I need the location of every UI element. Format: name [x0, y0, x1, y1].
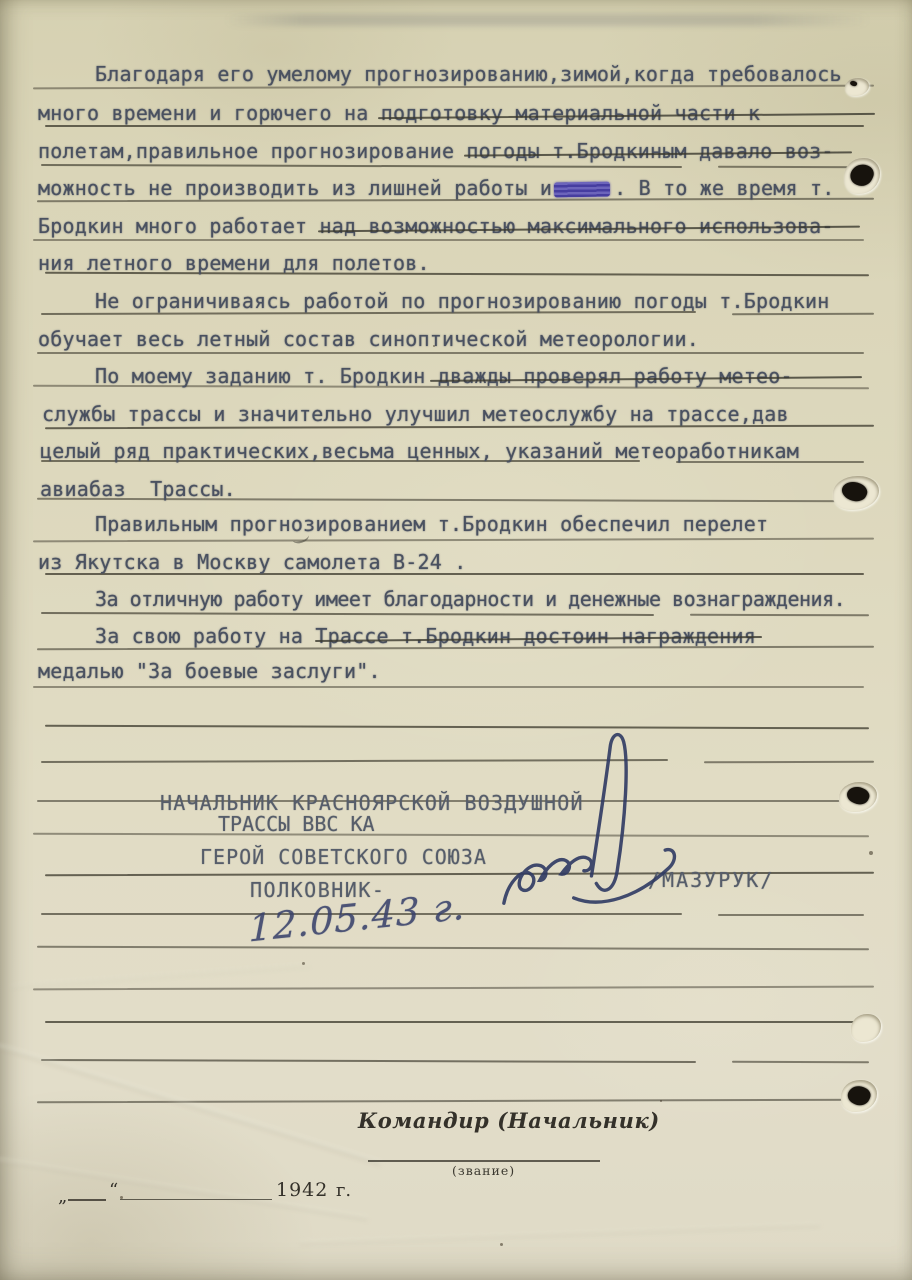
- typed-line: много времени и горючего на подготовку м…: [38, 101, 760, 125]
- ruled-line: [45, 724, 869, 729]
- paper-hole-tear: [845, 78, 869, 96]
- commander-label: Командир (Начальник): [358, 1108, 660, 1133]
- ruled-line: [33, 686, 864, 688]
- paper-speck: [660, 1100, 662, 1102]
- signature-position-line2: ТРАССЫ ВВС КА: [218, 812, 375, 836]
- typed-line: авиабаз Трассы.: [40, 477, 236, 501]
- typed-line: можность не производить из лишней работы…: [38, 176, 834, 200]
- ruled-line: [41, 164, 682, 168]
- ruled-line: [45, 125, 864, 127]
- paper-speck: [500, 1243, 503, 1246]
- ruled-line: [33, 239, 864, 241]
- printed-year-suffix: г.: [336, 1180, 351, 1201]
- paper-crease: [300, 1223, 820, 1245]
- ruled-line: [45, 1021, 864, 1023]
- hole-dark-core: [845, 1082, 873, 1108]
- paper-crease: [10, 965, 309, 989]
- typed-line: Не ограничиваясь работой по прогнозирова…: [95, 289, 829, 313]
- typed-line: из Якутска в Москву самолета В-24 .: [38, 550, 466, 574]
- paper-hole-tear: [839, 782, 877, 812]
- typed-line: целый ряд практических,весьма ценных, ук…: [40, 439, 799, 463]
- typed-line: По моему заданию т. Бродкин дважды прове…: [95, 364, 793, 388]
- ruled-line: [732, 1061, 869, 1063]
- ruled-line: [37, 946, 869, 951]
- hole-dark-core: [844, 784, 871, 809]
- paper-hole-tear: [841, 1080, 877, 1112]
- signature-honor-line: ГЕРОЙ СОВЕТСКОГО СОЮЗА: [200, 845, 487, 869]
- hole-dark-core: [839, 478, 870, 505]
- date-open-quote: „: [58, 1186, 67, 1207]
- typed-line: Правильным прогнозированием т.Бродкин об…: [95, 512, 768, 536]
- ruled-line: [33, 985, 874, 990]
- typed-line: медалью "За боевые заслуги".: [38, 659, 381, 683]
- typed-line: За отличную работу имеет благодарности и…: [95, 587, 845, 611]
- ruled-line: [41, 612, 654, 616]
- ruled-line: [33, 833, 869, 838]
- typed-line: обучает весь летный состав синоптической…: [38, 327, 699, 351]
- signature-ink: [458, 714, 717, 933]
- bleedthrough-smudge: [225, 14, 870, 26]
- paper-hole-tear: [851, 1014, 881, 1042]
- ruled-line: [718, 914, 864, 916]
- typed-line: службы трассы и значительно улучшил мете…: [42, 402, 789, 426]
- scanned-document-page: Благодаря его умелому прогнозированию,зи…: [0, 0, 912, 1280]
- day-blank-line: [68, 1199, 106, 1201]
- signature-ink-strokes: [458, 714, 717, 933]
- rank-caption: (звание): [452, 1163, 515, 1178]
- typed-line: полетам,правильное прогнозирование погод…: [38, 139, 834, 163]
- printed-year: 1942: [276, 1179, 328, 1201]
- ruled-line: [732, 313, 874, 315]
- hole-dark-core: [849, 80, 858, 88]
- ruled-line: [41, 1059, 696, 1063]
- typed-line: Благодаря его умелому прогнозированию,зи…: [95, 62, 842, 86]
- ruled-line: [33, 537, 874, 542]
- ruled-line: [690, 613, 869, 616]
- paper-hole-tear: [833, 476, 879, 510]
- typed-line: ния летного времени для полетов.: [38, 251, 430, 275]
- rank-blank-line: [368, 1160, 600, 1162]
- month-blank-line: [120, 1199, 272, 1200]
- date-close-quote: “: [109, 1180, 118, 1201]
- paper-hole-tear: [844, 158, 880, 194]
- ruled-line: [704, 761, 874, 764]
- ruled-line: [37, 352, 864, 354]
- hole-dark-core: [848, 161, 877, 190]
- censor-ink-blot: [554, 182, 610, 198]
- paper-speck: [869, 851, 873, 855]
